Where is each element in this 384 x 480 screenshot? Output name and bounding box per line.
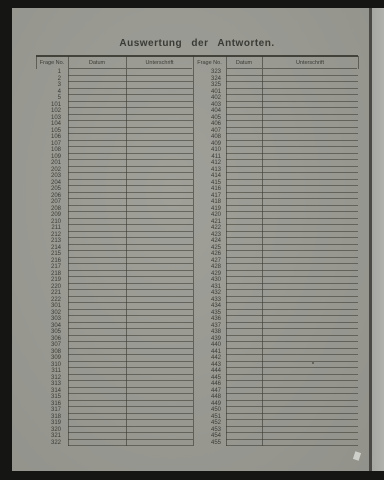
- page-title: Auswertung der Antworten.: [36, 38, 358, 49]
- table-row: 455: [193, 440, 358, 447]
- book-page: Auswertung der Antworten. Frage No. Datu…: [12, 8, 369, 471]
- right-frage-no-header: Frage No.: [193, 59, 226, 68]
- left-frage-no-header: Frage No.: [36, 59, 68, 68]
- answers-table-right: 3233243254014024034044054064074084094104…: [193, 69, 358, 446]
- scanned-document-screenshot: Auswertung der Antworten. Frage No. Datu…: [0, 0, 384, 480]
- left-unterschrift-header: Unterschrift: [126, 59, 193, 68]
- left-datum-header: Datum: [68, 59, 126, 68]
- datum-blank-line: [226, 440, 262, 447]
- next-page-edge: [372, 8, 384, 471]
- answers-table-left: 1234510110210310410510610710810920120220…: [36, 69, 193, 446]
- frage-number: 455: [193, 440, 226, 447]
- right-unterschrift-header: Unterschrift: [262, 59, 358, 68]
- right-datum-header: Datum: [226, 59, 262, 68]
- table-outer-border-right: [358, 56, 359, 69]
- unterschrift-blank-line: [126, 440, 193, 447]
- table-outer-border-left: [36, 56, 37, 69]
- table-row: 322: [36, 440, 193, 447]
- datum-blank-line: [68, 440, 126, 447]
- unterschrift-blank-line: [262, 440, 358, 447]
- paper-speck: [312, 362, 314, 364]
- title-rule: [36, 55, 358, 57]
- frage-number: 322: [36, 440, 68, 447]
